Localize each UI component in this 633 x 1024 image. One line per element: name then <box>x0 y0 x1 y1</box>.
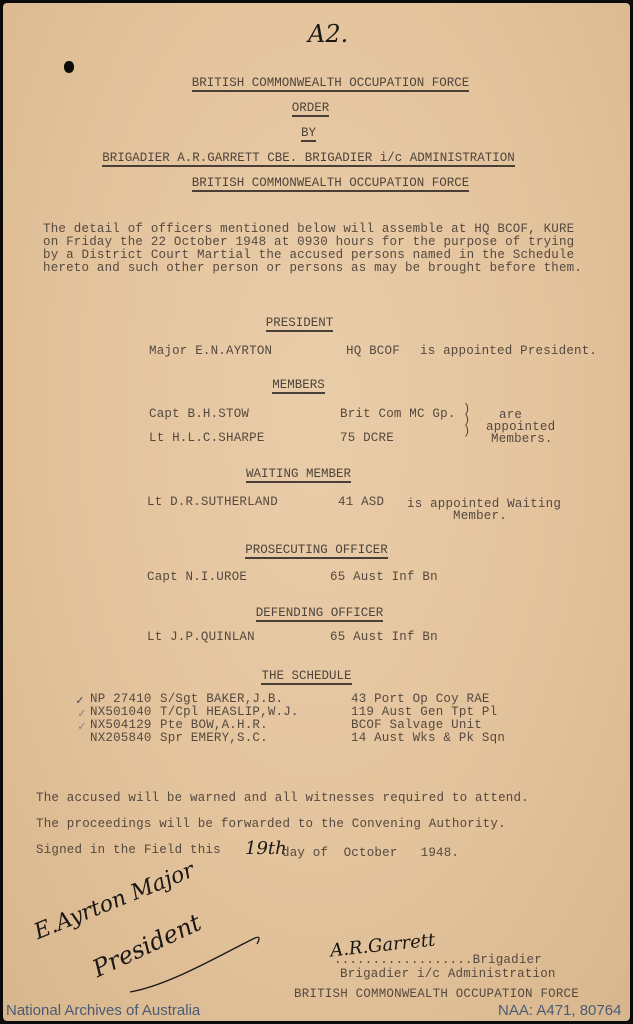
section-defending-officer: DEFENDING OFFICER <box>3 606 633 620</box>
intro-line: hereto and such other person or persons … <box>43 261 582 275</box>
member-unit: 75 DCRE <box>340 431 394 445</box>
brigadier-org: BRITISH COMMONWEALTH OCCUPATION FORCE <box>294 987 579 1001</box>
prosecuting-officer-name: Capt N.I.UROE <box>147 570 247 584</box>
schedule-unit: 14 Aust Wks & Pk Sqn <box>351 731 505 745</box>
intro-line: on Friday the 22 October 1948 at 0930 ho… <box>43 235 574 249</box>
member-unit: Brit Com MC Gp. <box>340 407 456 421</box>
bracket: ))) <box>463 404 470 437</box>
schedule-number: NX205840 <box>90 731 152 745</box>
prosecuting-officer-unit: 65 Aust Inf Bn <box>330 570 438 584</box>
intro-line: by a District Court Martial the accused … <box>43 248 574 262</box>
schedule-number: NX501040 <box>90 705 152 719</box>
heading-order: ORDER <box>0 101 627 115</box>
intro-line: The detail of officers mentioned below w… <box>43 222 574 236</box>
waiting-member-note: Member. <box>453 509 507 523</box>
folio-number: A2. <box>308 20 348 48</box>
schedule-unit: BCOF Salvage Unit <box>351 718 482 732</box>
brigadier-title: Brigadier i/c Administration <box>340 967 556 981</box>
defending-officer-unit: 65 Aust Inf Bn <box>330 630 438 644</box>
schedule-unit: 119 Aust Gen Tpt Pl <box>351 705 497 719</box>
section-prosecuting-officer: PROSECUTING OFFICER <box>0 543 633 557</box>
signature-flourish <box>120 930 270 1000</box>
archive-label: National Archives of Australia <box>6 1002 200 1019</box>
schedule-name: Pte BOW,A.H.R. <box>160 718 268 732</box>
tick-mark: ✓ <box>78 718 86 734</box>
heading-line-5: BRITISH COMMONWEALTH OCCUPATION FORCE <box>14 176 633 190</box>
members-note: Members. <box>491 432 553 446</box>
brigadier-sign-line: ..................Brigadier <box>334 953 542 967</box>
schedule-number: NX504129 <box>90 718 152 732</box>
section-members: MEMBERS <box>0 378 615 392</box>
president-name: Major E.N.AYRTON <box>149 344 272 358</box>
defending-officer-name: Lt J.P.QUINLAN <box>147 630 255 644</box>
heading-line-1: BRITISH COMMONWEALTH OCCUPATION FORCE <box>14 76 633 90</box>
signed-prefix: Signed in the Field this <box>36 843 221 857</box>
schedule-name: Spr EMERY,S.C. <box>160 731 268 745</box>
section-president: PRESIDENT <box>0 316 616 330</box>
member-name: Lt H.L.C.SHARPE <box>149 431 265 445</box>
signed-suffix: day of October 1948. <box>282 846 459 860</box>
heading-brigadier: BRIGADIER A.R.GARRETT CBE. BRIGADIER i/c… <box>0 151 625 165</box>
punch-hole <box>64 61 74 73</box>
schedule-name: T/Cpl HEASLIP,W.J. <box>160 705 299 719</box>
closing-line: The proceedings will be forwarded to the… <box>36 817 506 831</box>
section-schedule: THE SCHEDULE <box>0 669 623 683</box>
schedule-name: S/Sgt BAKER,J.B. <box>160 692 283 706</box>
schedule-unit: 43 Port Op Coy RAE <box>351 692 490 706</box>
closing-line: The accused will be warned and all witne… <box>36 791 529 805</box>
president-note: is appointed President. <box>420 344 597 358</box>
schedule-number: NP 27410 <box>90 692 152 706</box>
waiting-member-unit: 41 ASD <box>338 495 384 509</box>
president-unit: HQ BCOF <box>346 344 400 358</box>
section-waiting-member: WAITING MEMBER <box>0 467 615 481</box>
archive-reference: NAA: A471, 80764 <box>498 1002 621 1019</box>
signed-day: 19th <box>245 838 287 859</box>
member-name: Capt B.H.STOW <box>149 407 249 421</box>
waiting-member-name: Lt D.R.SUTHERLAND <box>147 495 278 509</box>
heading-by: BY <box>0 126 625 140</box>
